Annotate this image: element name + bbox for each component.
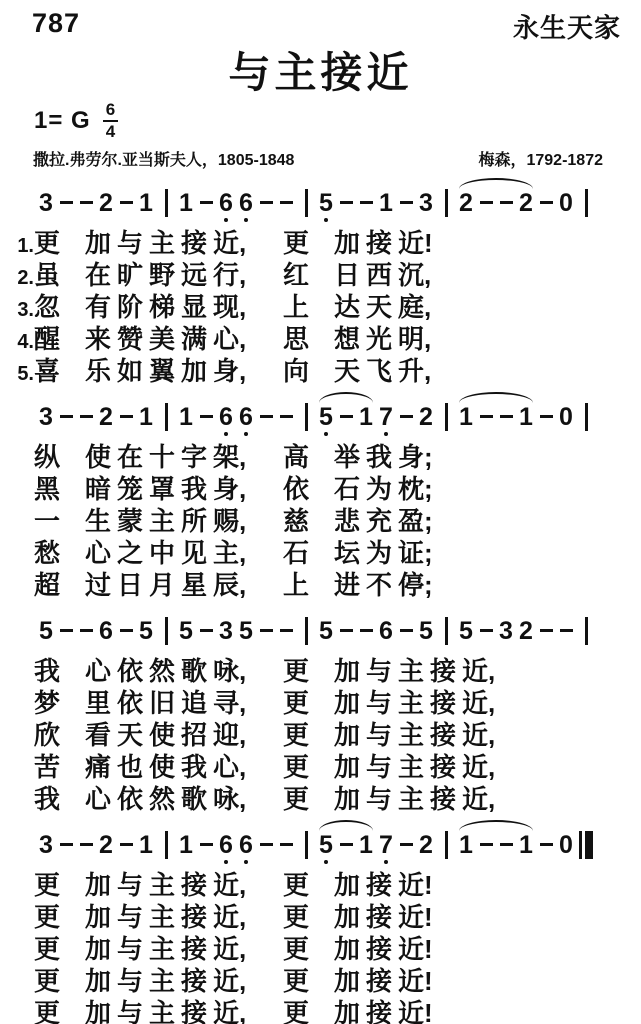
syllable: 罩 <box>149 473 181 505</box>
lyric-phrase-2: 更加与主接近, <box>283 719 494 751</box>
syllable: 暗 <box>85 473 117 505</box>
duration-dash <box>56 189 76 212</box>
syllable: 咏, <box>213 783 245 815</box>
dash-mark <box>480 201 493 205</box>
lyric-line: 更加与主接近,更加接近! <box>0 901 641 933</box>
syllable: 近, <box>462 719 494 751</box>
note-digit: 6 <box>239 189 253 217</box>
page-title: 与主接近 <box>0 49 641 97</box>
duration-dash <box>336 617 356 640</box>
note-digit: 6 <box>99 617 113 645</box>
note-2: 2 <box>96 189 116 224</box>
syllable: 接 <box>430 751 462 783</box>
syllable: 天 <box>334 355 366 387</box>
note-2: 2 <box>516 617 536 652</box>
syllable: 加 <box>85 869 117 901</box>
lyric-phrase-2: 更加接近! <box>283 869 430 901</box>
syllable: 主 <box>149 869 181 901</box>
note-7: 7 <box>376 403 396 438</box>
barline <box>576 617 596 652</box>
note-2: 2 <box>416 403 436 438</box>
barline <box>436 189 456 224</box>
barline <box>156 617 176 652</box>
note-digit: 5 <box>139 617 153 645</box>
syllable: 更 <box>283 719 315 751</box>
lyric-phrase-2: 慈悲充盈; <box>283 505 430 537</box>
duration-dash <box>56 617 76 640</box>
syllable: 更 <box>34 901 66 933</box>
lyric-phrase-1: 我心依然歌咏, <box>34 655 245 687</box>
barline-mark <box>585 617 588 645</box>
note-2: 2 <box>96 403 116 438</box>
note-1: 1 <box>136 189 156 224</box>
dash-mark <box>80 629 93 633</box>
barline-mark <box>305 617 308 645</box>
lyric-line: 3.忽有阶梯显现,上达天庭, <box>0 291 641 323</box>
note-digit: 3 <box>219 617 233 645</box>
syllable: 石 <box>283 537 315 569</box>
syllable: 主 <box>149 901 181 933</box>
syllable: 赞 <box>117 323 149 355</box>
note-6: 6 <box>216 189 236 224</box>
note-5: 5 <box>136 617 156 652</box>
lyric-line: 我心依然歌咏,更加与主接近, <box>0 655 641 687</box>
duration-dash <box>76 403 96 426</box>
dash-mark <box>80 843 93 847</box>
syllable: 字 <box>181 441 213 473</box>
duration-dash <box>396 617 416 640</box>
barline <box>156 831 176 866</box>
collection-logo: 永生天家 <box>513 8 621 46</box>
duration-dash <box>476 831 496 854</box>
duration-dash <box>56 403 76 426</box>
syllable: 辰, <box>213 569 245 601</box>
syllable: 梯 <box>149 291 181 323</box>
note-1: 1 <box>136 403 156 438</box>
syllable: 现, <box>213 291 245 323</box>
dot-slot <box>244 217 249 224</box>
verse-number: 3. <box>8 294 34 326</box>
syllable: 虽 <box>34 259 66 291</box>
duration-dash <box>536 189 556 212</box>
duration-dash <box>396 189 416 212</box>
note-digit: 1 <box>139 831 153 859</box>
note-digit: 1 <box>359 403 373 431</box>
syllable: 近, <box>213 227 245 259</box>
syllable: 接 <box>430 655 462 687</box>
syllable: 近, <box>213 869 245 901</box>
syllable: 旷 <box>117 259 149 291</box>
duration-dash <box>356 617 376 640</box>
lyric-line: 梦里依旧追寻,更加与主接近, <box>0 687 641 719</box>
syllable: 近, <box>213 933 245 965</box>
syllable: 接 <box>430 783 462 815</box>
music-line-4: 3211665172110 <box>36 818 641 866</box>
syllable: 旧 <box>149 687 181 719</box>
lyric-phrase-1: 纵使在十字架, <box>34 441 245 473</box>
dash-mark <box>480 629 493 633</box>
lyric-phrase-1: 苦痛也使我心, <box>34 751 245 783</box>
syllable: 美 <box>149 323 181 355</box>
note-digit: 5 <box>39 617 53 645</box>
lyric-line: 苦痛也使我心,更加与主接近, <box>0 751 641 783</box>
syllable: 加 <box>85 933 117 965</box>
dash-mark <box>200 629 213 633</box>
syllable: 为 <box>366 473 398 505</box>
note-7: 7 <box>376 831 396 866</box>
dash-mark <box>340 629 353 633</box>
slur-arc <box>319 392 373 403</box>
barline <box>436 403 456 438</box>
note-6: 6 <box>216 403 236 438</box>
low-octave-dot <box>324 432 329 437</box>
lyric-line: 更加与主接近,更加接近! <box>0 869 641 901</box>
syllable: 主, <box>213 537 245 569</box>
note-digit: 1 <box>179 831 193 859</box>
syllable: 进 <box>334 569 366 601</box>
syllable: 与 <box>117 965 149 997</box>
note-digit: 6 <box>219 189 233 217</box>
syllable: 赐, <box>213 505 245 537</box>
lyric-line: 更加与主接近,更加接近! <box>0 933 641 965</box>
lyric-phrase-1: 更加与主接近, <box>34 933 245 965</box>
note-digit: 3 <box>419 189 433 217</box>
syllable: 升, <box>398 355 430 387</box>
barline-mark <box>585 189 588 217</box>
syllable: 纵 <box>34 441 66 473</box>
note-digit: 1 <box>179 189 193 217</box>
duration-dash <box>496 831 516 854</box>
lyric-line: 纵使在十字架,高举我身; <box>0 441 641 473</box>
note-digit: 2 <box>459 189 473 217</box>
barline <box>296 617 316 652</box>
dash-mark <box>540 415 553 419</box>
note-digit: 3 <box>39 403 53 431</box>
note-digit: 1 <box>519 831 533 859</box>
syllable: 与 <box>117 933 149 965</box>
syllable: 与 <box>366 719 398 751</box>
syllable: 心 <box>85 537 117 569</box>
dot-slot <box>324 859 329 866</box>
duration-dash <box>116 189 136 212</box>
dash-mark <box>200 843 213 847</box>
dash-mark <box>540 843 553 847</box>
syllable: 接 <box>366 869 398 901</box>
syllable: 超 <box>34 569 66 601</box>
syllable: 加 <box>334 687 366 719</box>
lyric-phrase-1: 虽在旷野远行, <box>34 259 245 291</box>
syllable: 中 <box>149 537 181 569</box>
syllable: 与 <box>117 901 149 933</box>
lyric-phrase-2: 红日西沉, <box>283 259 430 291</box>
syllable: 主 <box>398 719 430 751</box>
syllable: 主 <box>398 783 430 815</box>
lyric-line: 欣看天使招迎,更加与主接近, <box>0 719 641 751</box>
note-digit: 0 <box>559 831 573 859</box>
note-1: 1 <box>176 831 196 866</box>
syllable: 更 <box>283 997 315 1024</box>
syllable: 停; <box>398 569 430 601</box>
lyric-phrase-2: 更加接近! <box>283 933 430 965</box>
duration-dash <box>116 403 136 426</box>
verse-block-3: 我心依然歌咏,更加与主接近,梦里依旧追寻,更加与主接近,欣看天使招迎,更加与主接… <box>0 655 641 815</box>
dash-mark <box>60 201 73 205</box>
score: 3211665132201.更加与主接近,更加接近!2.虽在旷野远行,红日西沉,… <box>0 176 641 1024</box>
syllable: 加 <box>85 901 117 933</box>
duration-dash <box>536 831 556 854</box>
barline-mark <box>305 831 308 859</box>
syllable: 乐 <box>85 355 117 387</box>
lyric-phrase-1: 更加与主接近, <box>34 997 245 1024</box>
duration-dash <box>396 403 416 426</box>
syllable: 欣 <box>34 719 66 751</box>
syllable: 也 <box>117 751 149 783</box>
dash-mark <box>80 201 93 205</box>
music-line-2: 3211665172110 <box>36 390 641 438</box>
syllable: 加 <box>85 997 117 1024</box>
note-digit: 2 <box>99 831 113 859</box>
syllable: 蒙 <box>117 505 149 537</box>
syllable: 加 <box>334 751 366 783</box>
note-digit: 1 <box>139 403 153 431</box>
syllable: 主 <box>149 965 181 997</box>
syllable: 近! <box>398 869 430 901</box>
note-0: 0 <box>556 403 576 438</box>
note-digit: 2 <box>419 831 433 859</box>
lyric-line: 愁心之中见主,石坛为证; <box>0 537 641 569</box>
syllable: 举 <box>334 441 366 473</box>
note-digit: 5 <box>239 617 253 645</box>
syllable: 我 <box>34 655 66 687</box>
lyric-phrase-2: 更加与主接近, <box>283 655 494 687</box>
lyric-line: 更加与主接近,更加接近! <box>0 997 641 1024</box>
syllable: 加 <box>334 933 366 965</box>
syllable: 接 <box>366 965 398 997</box>
lyric-phrase-1: 更加与主接近, <box>34 227 245 259</box>
syllable: 石 <box>334 473 366 505</box>
note-6: 6 <box>236 189 256 224</box>
note-digit: 6 <box>219 831 233 859</box>
time-numerator: 6 <box>103 101 118 122</box>
syllable: 近! <box>398 901 430 933</box>
duration-dash <box>556 617 576 640</box>
verse-number: 5. <box>8 358 34 390</box>
syllable: 近, <box>462 783 494 815</box>
syllable: 十 <box>149 441 181 473</box>
note-2: 2 <box>516 189 536 224</box>
syllable: 然 <box>149 783 181 815</box>
syllable: 与 <box>117 997 149 1024</box>
lyric-line: 5.喜乐如翼加身,向天飞升, <box>0 355 641 387</box>
barline <box>576 403 596 438</box>
duration-dash <box>76 617 96 640</box>
syllable: 上 <box>283 291 315 323</box>
music-line-1: 321166513220 <box>36 176 641 224</box>
note-digit: 1 <box>459 403 473 431</box>
note-digit: 7 <box>379 403 393 431</box>
note-digit: 6 <box>239 403 253 431</box>
syllable: 主 <box>398 751 430 783</box>
syllable: 与 <box>117 869 149 901</box>
syllable: 近! <box>398 933 430 965</box>
note-digit: 5 <box>419 617 433 645</box>
lyric-phrase-1: 更加与主接近, <box>34 869 245 901</box>
syllable: 笼 <box>117 473 149 505</box>
barline <box>156 189 176 224</box>
note-6: 6 <box>376 617 396 652</box>
syllable: 慈 <box>283 505 315 537</box>
syllable: 所 <box>181 505 213 537</box>
duration-dash <box>276 189 296 212</box>
note-digit: 6 <box>219 403 233 431</box>
note-3: 3 <box>416 189 436 224</box>
duration-dash <box>276 403 296 426</box>
note-digit: 5 <box>319 189 333 217</box>
low-octave-dot <box>244 218 249 223</box>
dash-mark <box>340 201 353 205</box>
lyric-phrase-2: 更加接近! <box>283 965 430 997</box>
note-6: 6 <box>216 831 236 866</box>
dot-slot <box>384 431 389 438</box>
syllable: 阶 <box>117 291 149 323</box>
duration-dash <box>116 617 136 640</box>
barline <box>156 403 176 438</box>
low-octave-dot <box>224 432 229 437</box>
syllable: 远 <box>181 259 213 291</box>
note-0: 0 <box>556 831 576 866</box>
time-denominator: 4 <box>106 122 115 141</box>
note-digit: 1 <box>359 831 373 859</box>
syllable: 接 <box>366 997 398 1024</box>
syllable: 看 <box>85 719 117 751</box>
lyric-line: 超过日月星辰,上进不停; <box>0 569 641 601</box>
duration-dash <box>196 617 216 640</box>
note-digit: 7 <box>379 831 393 859</box>
syllable: 我 <box>181 751 213 783</box>
syllable: 在 <box>117 441 149 473</box>
note-digit: 5 <box>319 403 333 431</box>
syllable: 与 <box>366 687 398 719</box>
dash-mark <box>400 843 413 847</box>
barline <box>436 831 456 866</box>
note-digit: 5 <box>179 617 193 645</box>
syllable: 接 <box>181 933 213 965</box>
duration-dash <box>116 831 136 854</box>
syllable: 愁 <box>34 537 66 569</box>
syllable: 寻, <box>213 687 245 719</box>
syllable: 更 <box>283 901 315 933</box>
syllable: 更 <box>283 933 315 965</box>
key-signature: 1= G 6 4 <box>0 101 641 141</box>
verse-block-1: 1.更加与主接近,更加接近!2.虽在旷野远行,红日西沉,3.忽有阶梯显现,上达天… <box>0 227 641 387</box>
lyric-phrase-2: 向天飞升, <box>283 355 430 387</box>
syllable: 天 <box>366 291 398 323</box>
lyric-phrase-2: 更加接近! <box>283 901 430 933</box>
syllable: 使 <box>85 441 117 473</box>
duration-dash <box>256 831 276 854</box>
syllable: 红 <box>283 259 315 291</box>
low-octave-dot <box>384 432 389 437</box>
dash-mark <box>560 629 573 633</box>
syllable: 生 <box>85 505 117 537</box>
lyric-phrase-1: 愁心之中见主, <box>34 537 245 569</box>
note-digit: 3 <box>499 617 513 645</box>
syllable: 加 <box>334 869 366 901</box>
syllable: 枕; <box>398 473 430 505</box>
syllable: 野 <box>149 259 181 291</box>
thin-bar <box>579 831 582 859</box>
syllable: 沉, <box>398 259 430 291</box>
dot-slot <box>224 431 229 438</box>
syllable: 架, <box>213 441 245 473</box>
note-1: 1 <box>516 403 536 438</box>
duration-dash <box>396 831 416 854</box>
verse-block-4: 更加与主接近,更加接近!更加与主接近,更加接近!更加与主接近,更加接近!更加与主… <box>0 869 641 1024</box>
dash-mark <box>500 201 513 205</box>
lyric-phrase-2: 更加与主接近, <box>283 783 494 815</box>
syllable: 里 <box>85 687 117 719</box>
note-digit: 2 <box>99 403 113 431</box>
syllable: 近! <box>398 997 430 1024</box>
barline-mark <box>165 403 168 431</box>
syllable: 加 <box>334 227 366 259</box>
lyric-line: 更加与主接近,更加接近! <box>0 965 641 997</box>
syllable: 更 <box>34 965 66 997</box>
note-1: 1 <box>516 831 536 866</box>
low-octave-dot <box>244 860 249 865</box>
note-6: 6 <box>236 403 256 438</box>
final-barline <box>576 831 596 866</box>
note-5: 5 <box>316 831 336 866</box>
dash-mark <box>280 415 293 419</box>
syllable: 苦 <box>34 751 66 783</box>
barline <box>576 189 596 224</box>
syllable: 接 <box>181 965 213 997</box>
syllable: 加 <box>334 901 366 933</box>
syllable: 向 <box>283 355 315 387</box>
lyric-phrase-1: 黑暗笼罩我身, <box>34 473 245 505</box>
note-1: 1 <box>356 831 376 866</box>
dash-mark <box>120 201 133 205</box>
note-digit: 5 <box>459 617 473 645</box>
note-5: 5 <box>316 403 336 438</box>
syllable: 接 <box>181 901 213 933</box>
syllable: 想 <box>334 323 366 355</box>
barline <box>296 189 316 224</box>
syllable: 光 <box>366 323 398 355</box>
note-2: 2 <box>456 189 476 224</box>
syllable: 更 <box>34 933 66 965</box>
note-3: 3 <box>36 403 56 438</box>
lyric-phrase-1: 醒来赞美满心, <box>34 323 245 355</box>
syllable: 天 <box>117 719 149 751</box>
lyric-line: 2.虽在旷野远行,红日西沉, <box>0 259 641 291</box>
duration-dash <box>76 831 96 854</box>
duration-dash <box>496 189 516 212</box>
note-5: 5 <box>316 189 336 224</box>
syllable: 使 <box>149 751 181 783</box>
duration-dash <box>336 403 356 426</box>
syllable: 近, <box>462 687 494 719</box>
lyric-phrase-1: 一生蒙主所赐, <box>34 505 245 537</box>
note-digit: 5 <box>319 617 333 645</box>
syllable: 梦 <box>34 687 66 719</box>
syllable: 如 <box>117 355 149 387</box>
dash-mark <box>400 201 413 205</box>
note-digit: 2 <box>519 189 533 217</box>
note-digit: 6 <box>239 831 253 859</box>
syllable: 达 <box>334 291 366 323</box>
